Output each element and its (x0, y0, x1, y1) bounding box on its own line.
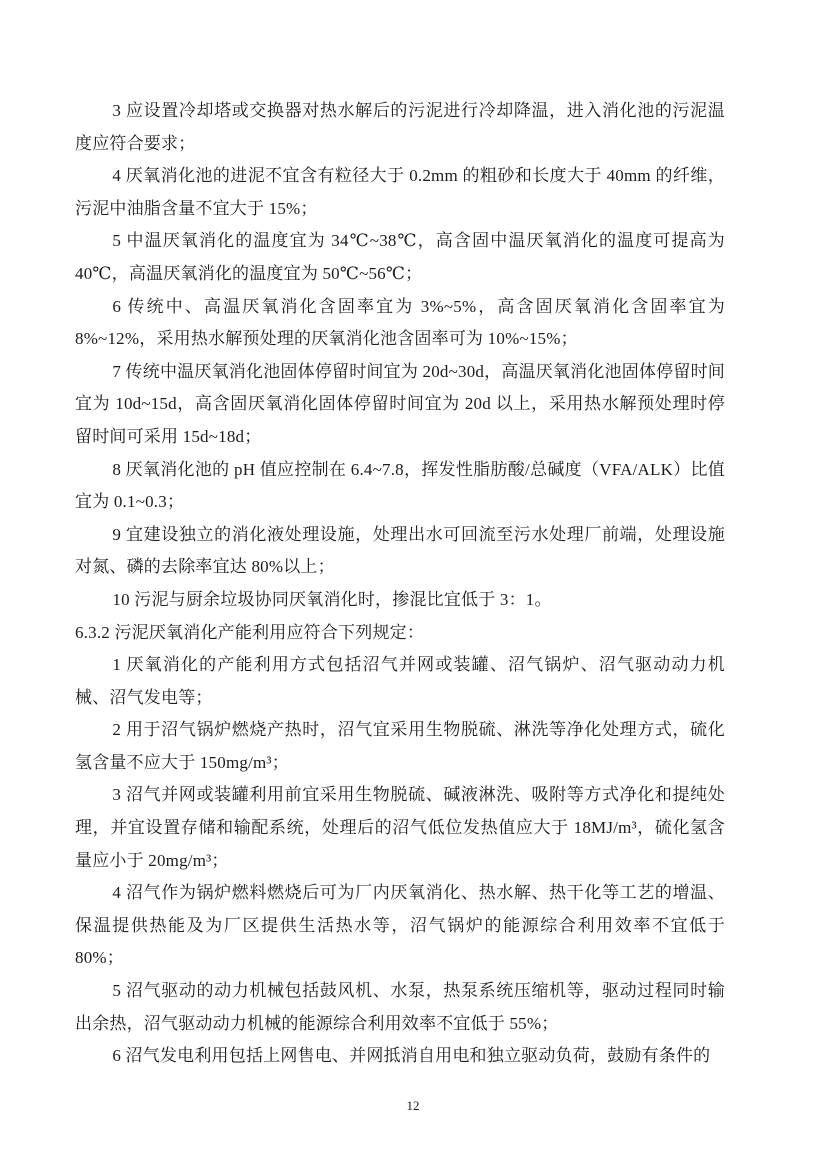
page-number: 12 (0, 1098, 826, 1114)
clause-item: 3 应设置冷却塔或交换器对热水解后的污泥进行冷却降温，进入消化池的污泥温度应符合… (75, 95, 725, 160)
clause-item: 6 沼气发电利用包括上网售电、并网抵消自用电和独立驱动负荷，鼓励有条件的 (75, 1040, 725, 1073)
section-heading-6-3-2: 6.3.2 污泥厌氧消化产能利用应符合下列规定： (75, 617, 725, 650)
clause-item: 7 传统中温厌氧消化池固体停留时间宜为 20d~30d，高温厌氧消化池固体停留时… (75, 356, 725, 454)
clause-item: 4 沼气作为锅炉燃料燃烧后可为厂内厌氧消化、热水解、热干化等工艺的增温、保温提供… (75, 877, 725, 975)
clause-item: 9 宜建设独立的消化液处理设施，处理出水可回流至污水处理厂前端，处理设施对氮、磷… (75, 519, 725, 584)
clause-item: 5 沼气驱动的动力机械包括鼓风机、水泵，热泵系统压缩机等，驱动过程同时输出余热，… (75, 975, 725, 1040)
clause-item: 2 用于沼气锅炉燃烧产热时，沼气宜采用生物脱硫、淋洗等净化处理方式，硫化氢含量不… (75, 714, 725, 779)
clause-item: 5 中温厌氧消化的温度宜为 34℃~38℃，高含固中温厌氧消化的温度可提高为 4… (75, 225, 725, 290)
clause-item: 6 传统中、高温厌氧消化含固率宜为 3%~5%，高含固厌氧消化含固率宜为 8%~… (75, 291, 725, 356)
clause-item: 8 厌氧消化池的 pH 值应控制在 6.4~7.8，挥发性脂肪酸/总碱度（VFA… (75, 454, 725, 519)
clause-item: 1 厌氧消化的产能利用方式包括沼气并网或装罐、沼气锅炉、沼气驱动动力机械、沼气发… (75, 649, 725, 714)
document-content: 3 应设置冷却塔或交换器对热水解后的污泥进行冷却降温，进入消化池的污泥温度应符合… (75, 95, 725, 1073)
clause-item: 10 污泥与厨余垃圾协同厌氧消化时，掺混比宜低于 3：1。 (75, 584, 725, 617)
document-page: 3 应设置冷却塔或交换器对热水解后的污泥进行冷却降温，进入消化池的污泥温度应符合… (0, 0, 826, 1169)
clause-item: 3 沼气并网或装罐利用前宜采用生物脱硫、碱液淋洗、吸附等方式净化和提纯处理，并宜… (75, 779, 725, 877)
clause-item: 4 厌氧消化池的进泥不宜含有粒径大于 0.2mm 的粗砂和长度大于 40mm 的… (75, 160, 725, 225)
